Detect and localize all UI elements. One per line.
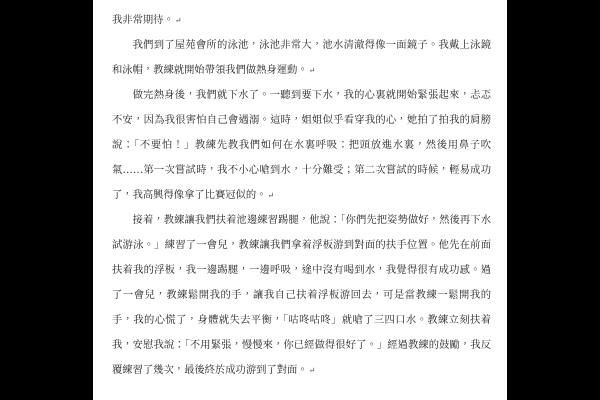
document-text: 我非常期待。↵ 我們到了屋苑會所的泳池，泳池非常大，池水清澈得像一面鏡子。我戴上…: [93, 0, 507, 383]
document-page: 我非常期待。↵ 我們到了屋苑會所的泳池，泳池非常大，池水清澈得像一面鏡子。我戴上…: [93, 0, 507, 400]
paragraph-3: 做完熱身後，我們就下水了。一聽到要下水，我的心裏就開始緊張起來，忐忑不安，因為我…: [112, 83, 491, 208]
paragraph-1-text: 我非常期待。: [112, 14, 174, 26]
paragraph-4-text: 接着，教練讓我們扶着池邊練習踢腿，他說：「你們先把姿勢做好，然後再下水試游泳。」…: [112, 214, 491, 376]
paragraph-2: 我們到了屋苑會所的泳池，泳池非常大，池水清澈得像一面鏡子。我戴上泳鏡和泳帽，教練…: [112, 33, 491, 83]
return-mark-icon: ↵: [309, 66, 316, 75]
viewer-background: 我非常期待。↵ 我們到了屋苑會所的泳池，泳池非常大，池水清澈得像一面鏡子。我戴上…: [0, 0, 600, 400]
paragraph-1: 我非常期待。↵: [112, 8, 491, 33]
paragraph-4: 接着，教練讓我們扶着池邊練習踢腿，他說：「你們先把姿勢做好，然後再下水試游泳。」…: [112, 208, 491, 383]
paragraph-3-text: 做完熱身後，我們就下水了。一聽到要下水，我的心裏就開始緊張起來，忐忑不安，因為我…: [112, 89, 491, 201]
return-mark-icon: ↵: [175, 16, 182, 25]
return-mark-icon: ↵: [309, 366, 316, 375]
paragraph-2-text: 我們到了屋苑會所的泳池，泳池非常大，池水清澈得像一面鏡子。我戴上泳鏡和泳帽，教練…: [112, 39, 491, 76]
return-mark-icon: ↵: [267, 191, 274, 200]
